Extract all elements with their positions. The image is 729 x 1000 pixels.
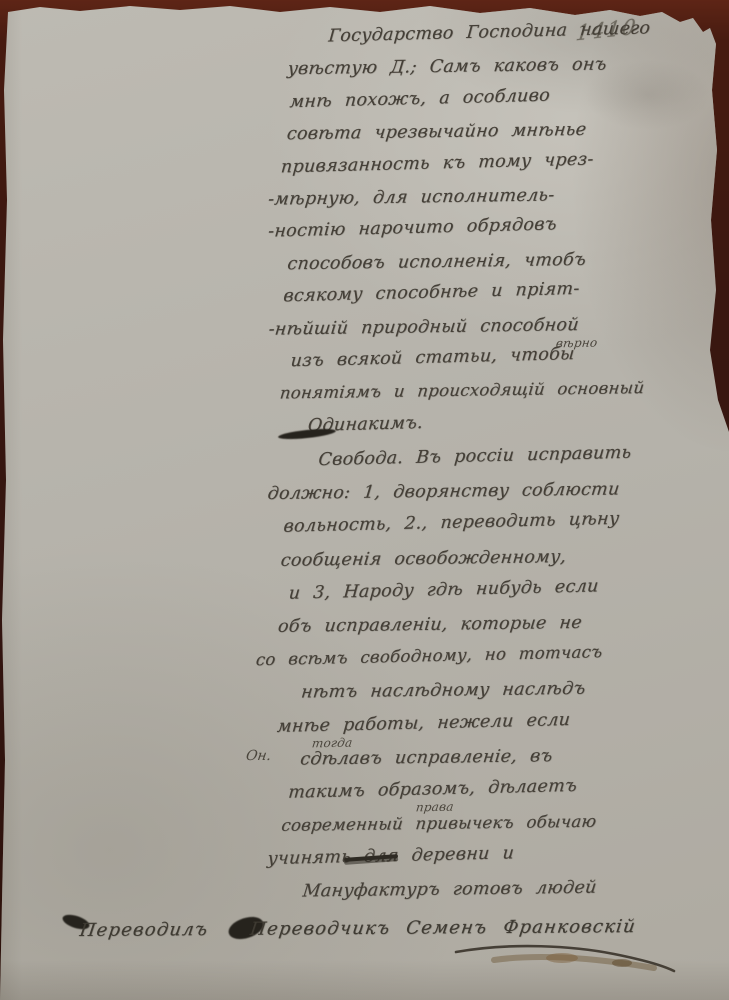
margin-note: Он.	[245, 748, 272, 764]
interlinear-insertion: вѣрно	[555, 336, 598, 351]
handwritten-line: и 3, Народу гдѣ нибудь если	[287, 575, 635, 616]
paragraph-1: Государство Господина нашего увѣстую Д.;…	[262, 20, 656, 448]
signature-lead: Переводилъ	[78, 919, 209, 941]
handwritten-line: вольность, 2., переводить цѣну	[282, 509, 634, 550]
handwritten-line: учинять для деревни и	[266, 841, 640, 883]
interlinear-insertion: права	[415, 800, 455, 815]
photo-background: 1410 Государство Господина нашего увѣсту…	[0, 0, 729, 1000]
signature-underline-flourish	[452, 936, 682, 978]
manuscript-page: 1410 Государство Господина нашего увѣсту…	[0, 0, 729, 1000]
handwritten-line: Государство Господина нашего	[327, 18, 651, 59]
handwritten-line: Свобода. Въ россіи исправить	[317, 443, 633, 484]
handwritten-line: Мануфактуръ готовъ людей	[300, 878, 640, 916]
interlinear-insertion: тогда	[311, 736, 353, 751]
paragraph-2: Свобода. Въ россіи исправить должно: 1, …	[250, 445, 637, 916]
handwritten-line: такимъ образомъ, дѣлаетъ	[286, 774, 638, 815]
